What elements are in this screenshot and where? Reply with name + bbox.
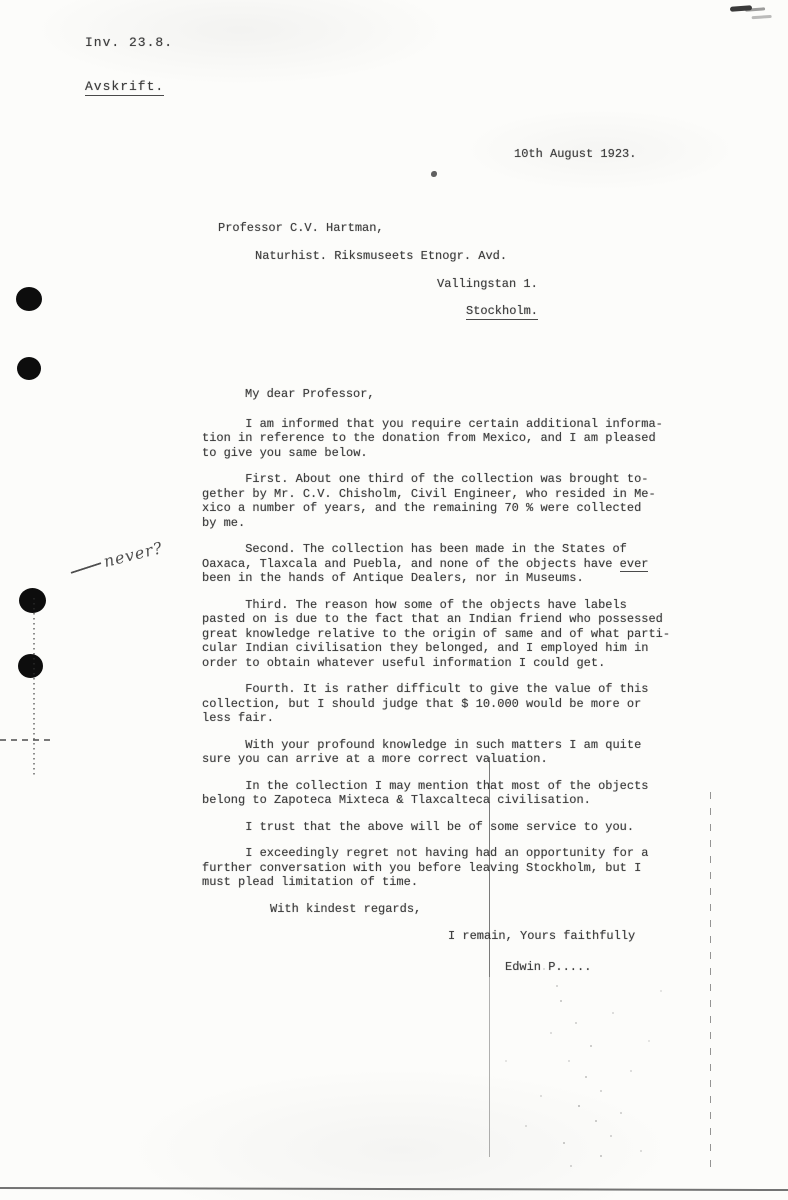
paragraph-first: First. About one third of the collection…	[202, 472, 694, 530]
handwritten-note: never?	[102, 538, 165, 571]
recipient-street: Vallingstan 1.	[437, 277, 538, 292]
fold-line-left-horizontal	[0, 739, 50, 741]
inventory-number: Inv. 23.8.	[85, 36, 173, 51]
paragraph-intro: I am informed that you require certain a…	[202, 417, 694, 461]
kind-regards: With kindest regards,	[270, 902, 694, 917]
letter-date: 10th August 1923.	[514, 147, 636, 162]
paragraph-second: Second. The collection has been made in …	[202, 542, 694, 586]
corner-smudge	[730, 5, 752, 12]
scan-noise-speckles	[0, 0, 2, 2]
salutation: My dear Professor,	[245, 387, 694, 402]
scan-edge-line	[0, 1187, 788, 1191]
copy-label: Avskrift.	[85, 80, 164, 95]
paragraph-service: I trust that the above will be of some s…	[202, 820, 694, 835]
paragraph-fourth: Fourth. It is rather difficult to give t…	[202, 682, 694, 726]
letter-page: Inv. 23.8. Avskrift. 10th August 1923. P…	[0, 0, 788, 1200]
paragraph-valuation: With your profound knowledge in such mat…	[202, 738, 694, 767]
crease-line-middle	[489, 757, 490, 1157]
handwritten-dash	[70, 562, 101, 574]
recipient-city-text: Stockholm.	[466, 304, 538, 320]
paragraph-second-after: been in the hands of Antique Dealers, no…	[202, 571, 584, 585]
recipient-name: Professor C.V. Hartman,	[218, 221, 384, 236]
copy-label-text: Avskrift.	[85, 79, 164, 96]
crease-line-right	[710, 792, 711, 1167]
hole-punch-1	[16, 287, 42, 311]
letter-body: My dear Professor, I am informed that yo…	[202, 387, 694, 974]
hole-punch-4	[18, 654, 43, 678]
recipient-city: Stockholm.	[466, 304, 538, 319]
signature: Edwin P.....	[505, 960, 694, 975]
ink-blot	[431, 171, 437, 177]
paragraph-regret: I exceedingly regret not having had an o…	[202, 846, 694, 890]
recipient-institution: Naturhist. Riksmuseets Etnogr. Avd.	[255, 249, 507, 264]
hole-punch-2	[17, 357, 41, 380]
paragraph-third: Third. The reason how some of the object…	[202, 598, 694, 671]
paragraph-civilisation: In the collection I may mention that mos…	[202, 779, 694, 808]
paragraph-second-before: Second. The collection has been made in …	[202, 542, 627, 571]
closing-line: I remain, Yours faithfully	[448, 929, 694, 944]
underlined-word-ever: ever	[620, 557, 649, 572]
fold-line-left-vertical	[33, 598, 35, 776]
